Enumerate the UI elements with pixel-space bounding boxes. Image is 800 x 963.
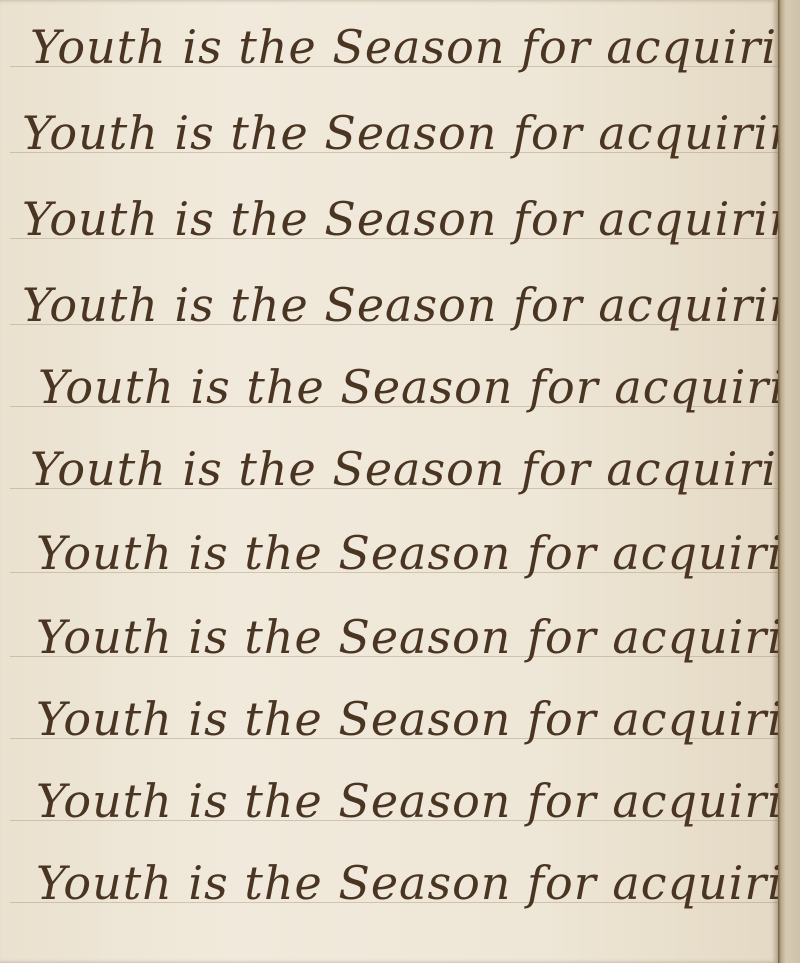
line-text: Youth is the Season for acquiring Knowl: [30, 20, 778, 74]
line-text: Youth is the Season for acquiring Knowle…: [22, 278, 778, 332]
line-text: Youth is the Season for acquiring Knowle: [22, 192, 778, 246]
copybook-page: Youth is the Season for acquiring KnowlY…: [0, 0, 778, 963]
line-text: Youth is the Season for acquiring Knowle…: [36, 692, 778, 746]
handwritten-line: Youth is the Season for acquiring Knowle…: [0, 350, 778, 436]
handwritten-line: Youth is the Season for acquiring Knowle…: [0, 516, 778, 602]
handwritten-line: Youth is the Season for acquiring Knowle…: [0, 600, 778, 686]
handwritten-line: Youth is the Season for acquiring Knowl: [0, 10, 778, 96]
handwritten-line: Youth is the Season for acquiring Knowle…: [0, 846, 778, 932]
line-text: Youth is the Season for acquiring Knowle…: [36, 774, 778, 828]
handwritten-line: Youth is the Season for acquiring Knowle: [0, 96, 778, 182]
line-text: Youth is the Season for acquiring Knowle…: [36, 610, 778, 664]
line-text: Youth is the Season for acquiring Knowle: [22, 106, 778, 160]
line-text: Youth is the Season for acquiring Knowle…: [36, 526, 778, 580]
handwritten-line: Youth is the Season for acquiring Knowle…: [0, 432, 778, 518]
handwritten-line: Youth is the Season for acquiring Knowle…: [0, 764, 778, 850]
handwritten-line: Youth is the Season for acquiring Knowle…: [0, 268, 778, 354]
line-text: Youth is the Season for acquiring Knowle…: [36, 856, 778, 910]
line-text: Youth is the Season for acquiring Knowle…: [30, 442, 778, 496]
page-edge: [778, 0, 800, 963]
line-text: Youth is the Season for acquiring Knowle…: [38, 360, 778, 414]
handwritten-line: Youth is the Season for acquiring Knowle: [0, 182, 778, 268]
handwritten-line: Youth is the Season for acquiring Knowle…: [0, 682, 778, 768]
